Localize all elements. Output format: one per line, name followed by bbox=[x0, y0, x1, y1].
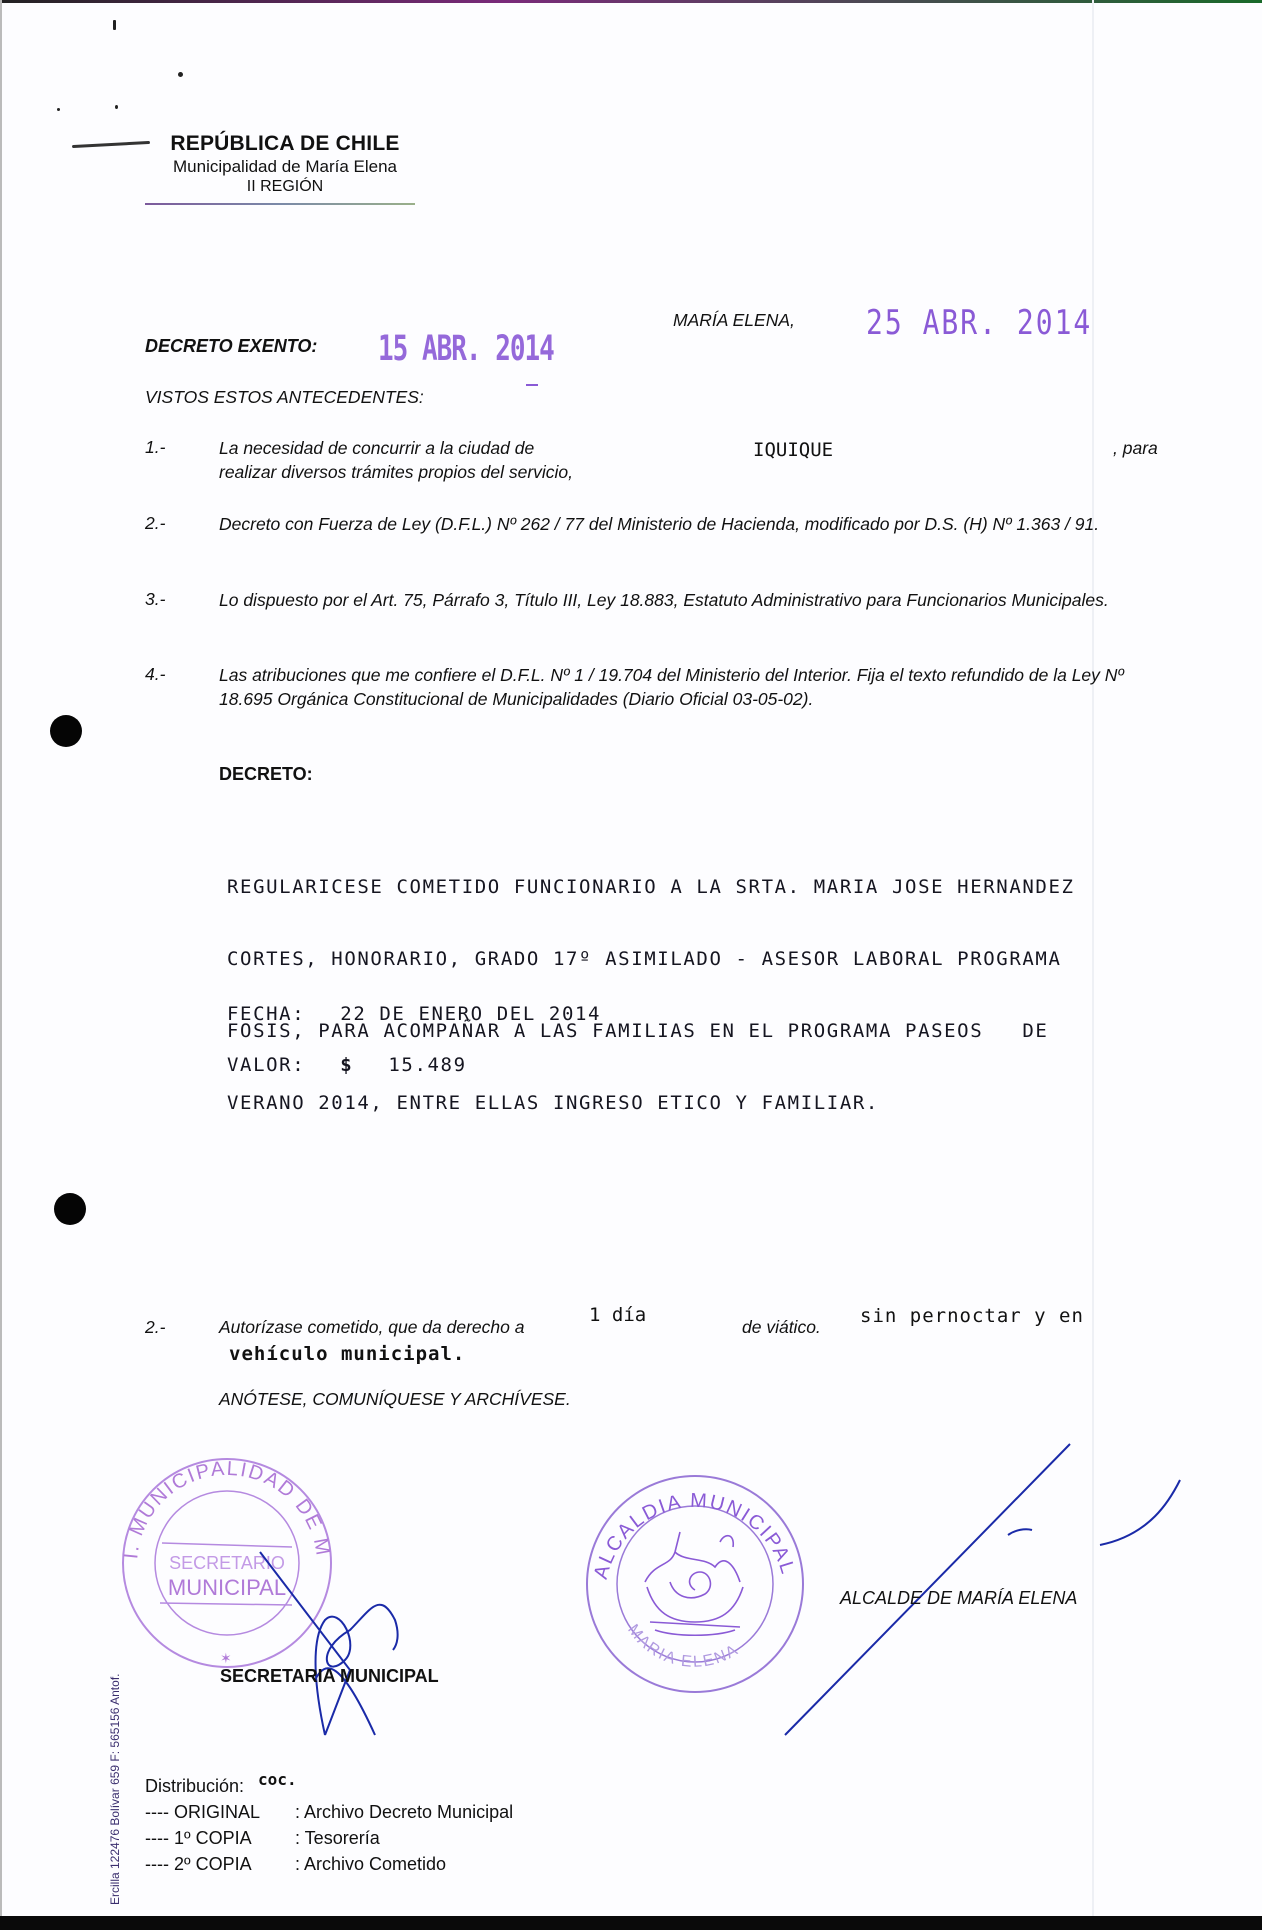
typed-city: IQUIQUE bbox=[753, 438, 833, 462]
item-number: 4.- bbox=[145, 664, 165, 685]
valor-label: VALOR: bbox=[227, 1054, 305, 1076]
signature-right-label: ALCALDE DE MARÍA ELENA bbox=[840, 1588, 1077, 1609]
distribution-copy: ---- 1º COPIA bbox=[145, 1825, 295, 1851]
municipal-seal-right: ALCALDIA MUNICIPAL MARIA ELENA bbox=[575, 1472, 815, 1697]
coat-of-arms-icon bbox=[645, 1532, 743, 1635]
valor-row: VALOR: $ 15.489 bbox=[227, 1053, 467, 1077]
pen-mark bbox=[72, 141, 150, 148]
antecedente-1-line2: realizar diversos trámites propios del s… bbox=[219, 460, 1179, 484]
item2-days: 1 día bbox=[589, 1304, 646, 1326]
distribution-dest: : Archivo Cometido bbox=[295, 1851, 446, 1877]
distribution-row: ---- 1º COPIA : Tesorería bbox=[145, 1825, 513, 1851]
item-number: 1.- bbox=[145, 437, 165, 458]
scan-bottom-edge bbox=[0, 1916, 1262, 1930]
antecedente-3: Lo dispuesto por el Art. 75, Párrafo 3, … bbox=[219, 588, 1179, 612]
punch-hole bbox=[54, 1193, 86, 1225]
punch-hole bbox=[50, 715, 82, 747]
valor-currency: $ bbox=[340, 1054, 353, 1076]
distribution-dest: : Archivo Decreto Municipal bbox=[295, 1799, 513, 1825]
printer-imprint: Ercilla 122476 Bolívar 659 F: 565156 Ant… bbox=[108, 1674, 122, 1906]
decree-number-stamp: 15 ABR. 2014 bbox=[378, 329, 554, 370]
scan-speck bbox=[57, 108, 60, 111]
item-number: 2.- bbox=[145, 1317, 165, 1338]
letterhead-underline bbox=[145, 203, 415, 205]
valor-value: 15.489 bbox=[388, 1054, 466, 1076]
distribution-row: ---- ORIGINAL : Archivo Decreto Municipa… bbox=[145, 1799, 513, 1825]
item-number: 3.- bbox=[145, 589, 165, 610]
stamp-mark bbox=[526, 384, 538, 386]
decreto-line: REGULARICESE COMETIDO FUNCIONARIO A LA S… bbox=[227, 875, 1075, 899]
antecedente-1-text: La necesidad de concurrir a la ciudad de bbox=[219, 438, 534, 458]
distribution-header: Distribución: coc. bbox=[145, 1773, 513, 1799]
seal-right-ring-bottom: MARIA ELENA bbox=[624, 1621, 742, 1671]
date-stamp: 25 ABR. 2014 bbox=[866, 303, 1092, 343]
antecedente-4: Las atribuciones que me confiere el D.F.… bbox=[219, 663, 1179, 711]
distribution-dest: : Tesorería bbox=[295, 1825, 380, 1851]
item-number: 2.- bbox=[145, 513, 165, 534]
signature-secretaria bbox=[255, 1550, 415, 1740]
letterhead-municipality: Municipalidad de María Elena bbox=[157, 157, 413, 177]
distribution-list: Distribución: coc. ---- ORIGINAL : Archi… bbox=[145, 1773, 513, 1877]
scan-left-edge bbox=[0, 0, 2, 1930]
fecha-value: 22 DE ENERO DEL 2014 bbox=[340, 1003, 601, 1025]
decreto-line: CORTES, HONORARIO, GRADO 17º ASIMILADO -… bbox=[227, 947, 1075, 971]
scan-speck bbox=[115, 105, 118, 109]
decreto-body: REGULARICESE COMETIDO FUNCIONARIO A LA S… bbox=[227, 827, 1075, 1163]
antecedente-1-tail: , para bbox=[1113, 436, 1158, 460]
svg-text:✶: ✶ bbox=[220, 1650, 232, 1666]
letterhead-region: II REGIÓN bbox=[157, 178, 413, 196]
distribution-copy: ---- 2º COPIA bbox=[145, 1851, 295, 1877]
decreto-line: VERANO 2014, ENTRE ELLAS INGRESO ETICO Y… bbox=[227, 1091, 1075, 1115]
vistos-heading: VISTOS ESTOS ANTECEDENTES: bbox=[145, 387, 424, 408]
distribution-label: Distribución: bbox=[145, 1773, 244, 1799]
letterhead-country: REPÚBLICA DE CHILE bbox=[157, 132, 413, 156]
fecha-row: FECHA: 22 DE ENERO DEL 2014 bbox=[227, 1002, 601, 1026]
closing-formula: ANÓTESE, COMUNÍQUESE Y ARCHÍVESE. bbox=[219, 1389, 571, 1410]
signature-left-label: SECRETARIA MUNICIPAL bbox=[220, 1666, 439, 1687]
svg-text:MARIA ELENA: MARIA ELENA bbox=[624, 1621, 742, 1671]
fecha-label: FECHA: bbox=[227, 1003, 305, 1025]
document-page: REPÚBLICA DE CHILE Municipalidad de Marí… bbox=[0, 0, 1262, 1930]
distribution-copy: ---- ORIGINAL bbox=[145, 1799, 295, 1825]
item2-tail: sin pernoctar y en bbox=[860, 1305, 1084, 1327]
scan-top-edge bbox=[0, 0, 1262, 3]
item2-viatico: de viático. bbox=[742, 1317, 821, 1338]
distribution-row: ---- 2º COPIA : Archivo Cometido bbox=[145, 1851, 513, 1877]
decreto-heading: DECRETO: bbox=[219, 764, 313, 785]
decree-label: DECRETO EXENTO: bbox=[145, 336, 317, 357]
letterhead: REPÚBLICA DE CHILE Municipalidad de Marí… bbox=[145, 132, 413, 196]
place-label: MARÍA ELENA, bbox=[673, 310, 795, 331]
distribution-initials: coc. bbox=[258, 1767, 297, 1793]
scan-speck bbox=[178, 72, 183, 77]
item2-text: Autorízase cometido, que da derecho a bbox=[219, 1317, 524, 1338]
antecedente-2: Decreto con Fuerza de Ley (D.F.L.) Nº 26… bbox=[219, 512, 1179, 536]
antecedente-1: La necesidad de concurrir a la ciudad de… bbox=[219, 436, 1179, 484]
scan-speck bbox=[113, 20, 116, 30]
item2-line2: vehículo municipal. bbox=[229, 1343, 465, 1365]
